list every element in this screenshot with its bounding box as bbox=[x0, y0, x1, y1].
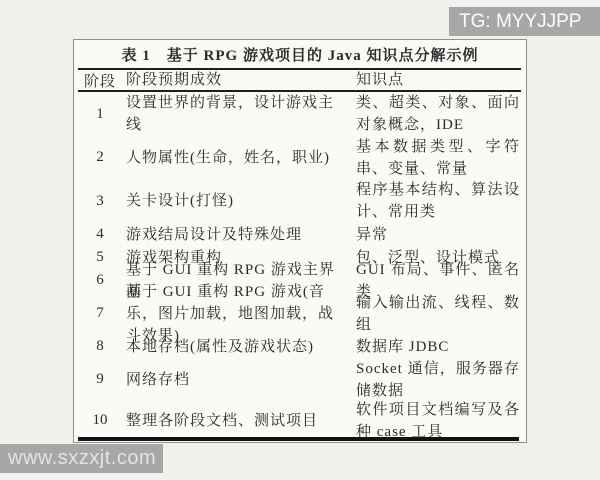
cell-knowledge-points: Socket 通信，服务器存储数据 bbox=[356, 358, 526, 402]
cell-knowledge-points: 类、超类、对象、面向对象概念，IDE bbox=[356, 92, 526, 136]
cell-expected-outcome: 网络存档 bbox=[126, 369, 356, 391]
cell-stage: 8 bbox=[74, 338, 126, 355]
watermark-bottom-left: www.sxzxjt.com bbox=[0, 444, 163, 473]
table-row: 2 人物属性(生命，姓名，职业) 基本数据类型、字符串、变量、常量 bbox=[74, 136, 526, 179]
table-bottom-rule bbox=[78, 437, 519, 441]
cell-expected-outcome: 设置世界的背景，设计游戏主线 bbox=[126, 92, 356, 136]
cell-stage: 3 bbox=[74, 193, 126, 210]
cell-stage: 5 bbox=[74, 249, 126, 266]
table-row: 8 本地存档(属性及游戏状态) 数据库 JDBC bbox=[74, 335, 526, 358]
table-row: 10 整理各阶段文档、测试项目 软件项目文档编写及各种 case 工具 bbox=[74, 401, 526, 440]
cell-expected-outcome: 关卡设计(打怪) bbox=[126, 190, 356, 212]
table-header-row: 阶段 阶段预期成效 知识点 bbox=[74, 70, 526, 90]
table-row: 1 设置世界的背景，设计游戏主线 类、超类、对象、面向对象概念，IDE bbox=[74, 92, 526, 136]
cell-knowledge-points: 软件项目文档编写及各种 case 工具 bbox=[356, 399, 526, 443]
table-row: 9 网络存档 Socket 通信，服务器存储数据 bbox=[74, 358, 526, 401]
cell-knowledge-points: 数据库 JDBC bbox=[356, 336, 526, 358]
cell-stage: 9 bbox=[74, 371, 126, 388]
cell-knowledge-points: 基本数据类型、字符串、变量、常量 bbox=[356, 136, 526, 180]
cell-expected-outcome: 本地存档(属性及游戏状态) bbox=[126, 336, 356, 358]
column-header-stage: 阶段 bbox=[74, 70, 126, 91]
column-header-expected-outcome: 阶段预期成效 bbox=[126, 69, 356, 91]
cell-knowledge-points: 程序基本结构、算法设计、常用类 bbox=[356, 179, 526, 223]
cell-knowledge-points: 输入输出流、线程、数组 bbox=[356, 292, 526, 336]
table-row: 7 基于 GUI 重构 RPG 游戏(音乐，图片加载，地图加载，战斗效果) 输入… bbox=[74, 292, 526, 335]
scanned-paper-page: { "watermarks": { "top_right": "TG: MYYJ… bbox=[0, 0, 600, 480]
cell-stage: 1 bbox=[74, 106, 126, 123]
cell-stage: 4 bbox=[74, 226, 126, 243]
cell-knowledge-points: 异常 bbox=[356, 224, 526, 246]
column-header-knowledge-points: 知识点 bbox=[356, 69, 526, 91]
cell-expected-outcome: 人物属性(生命，姓名，职业) bbox=[126, 147, 356, 169]
table-title: 表 1 基于 RPG 游戏项目的 Java 知识点分解示例 bbox=[74, 44, 526, 65]
watermark-top-right: TG: MYYJJPP bbox=[449, 7, 600, 36]
cell-stage: 2 bbox=[74, 149, 126, 166]
table-row: 3 关卡设计(打怪) 程序基本结构、算法设计、常用类 bbox=[74, 179, 526, 223]
cell-stage: 7 bbox=[74, 305, 126, 322]
cell-expected-outcome: 整理各阶段文档、测试项目 bbox=[126, 410, 356, 432]
table-row: 4 游戏结局设计及特殊处理 异常 bbox=[74, 223, 526, 246]
cell-stage: 10 bbox=[74, 412, 126, 429]
cell-expected-outcome: 游戏结局设计及特殊处理 bbox=[126, 224, 356, 246]
table-scan-region: 表 1 基于 RPG 游戏项目的 Java 知识点分解示例 阶段 阶段预期成效 … bbox=[73, 39, 527, 443]
cell-stage: 6 bbox=[74, 272, 126, 289]
table-body: 1 设置世界的背景，设计游戏主线 类、超类、对象、面向对象概念，IDE 2 人物… bbox=[74, 92, 526, 436]
